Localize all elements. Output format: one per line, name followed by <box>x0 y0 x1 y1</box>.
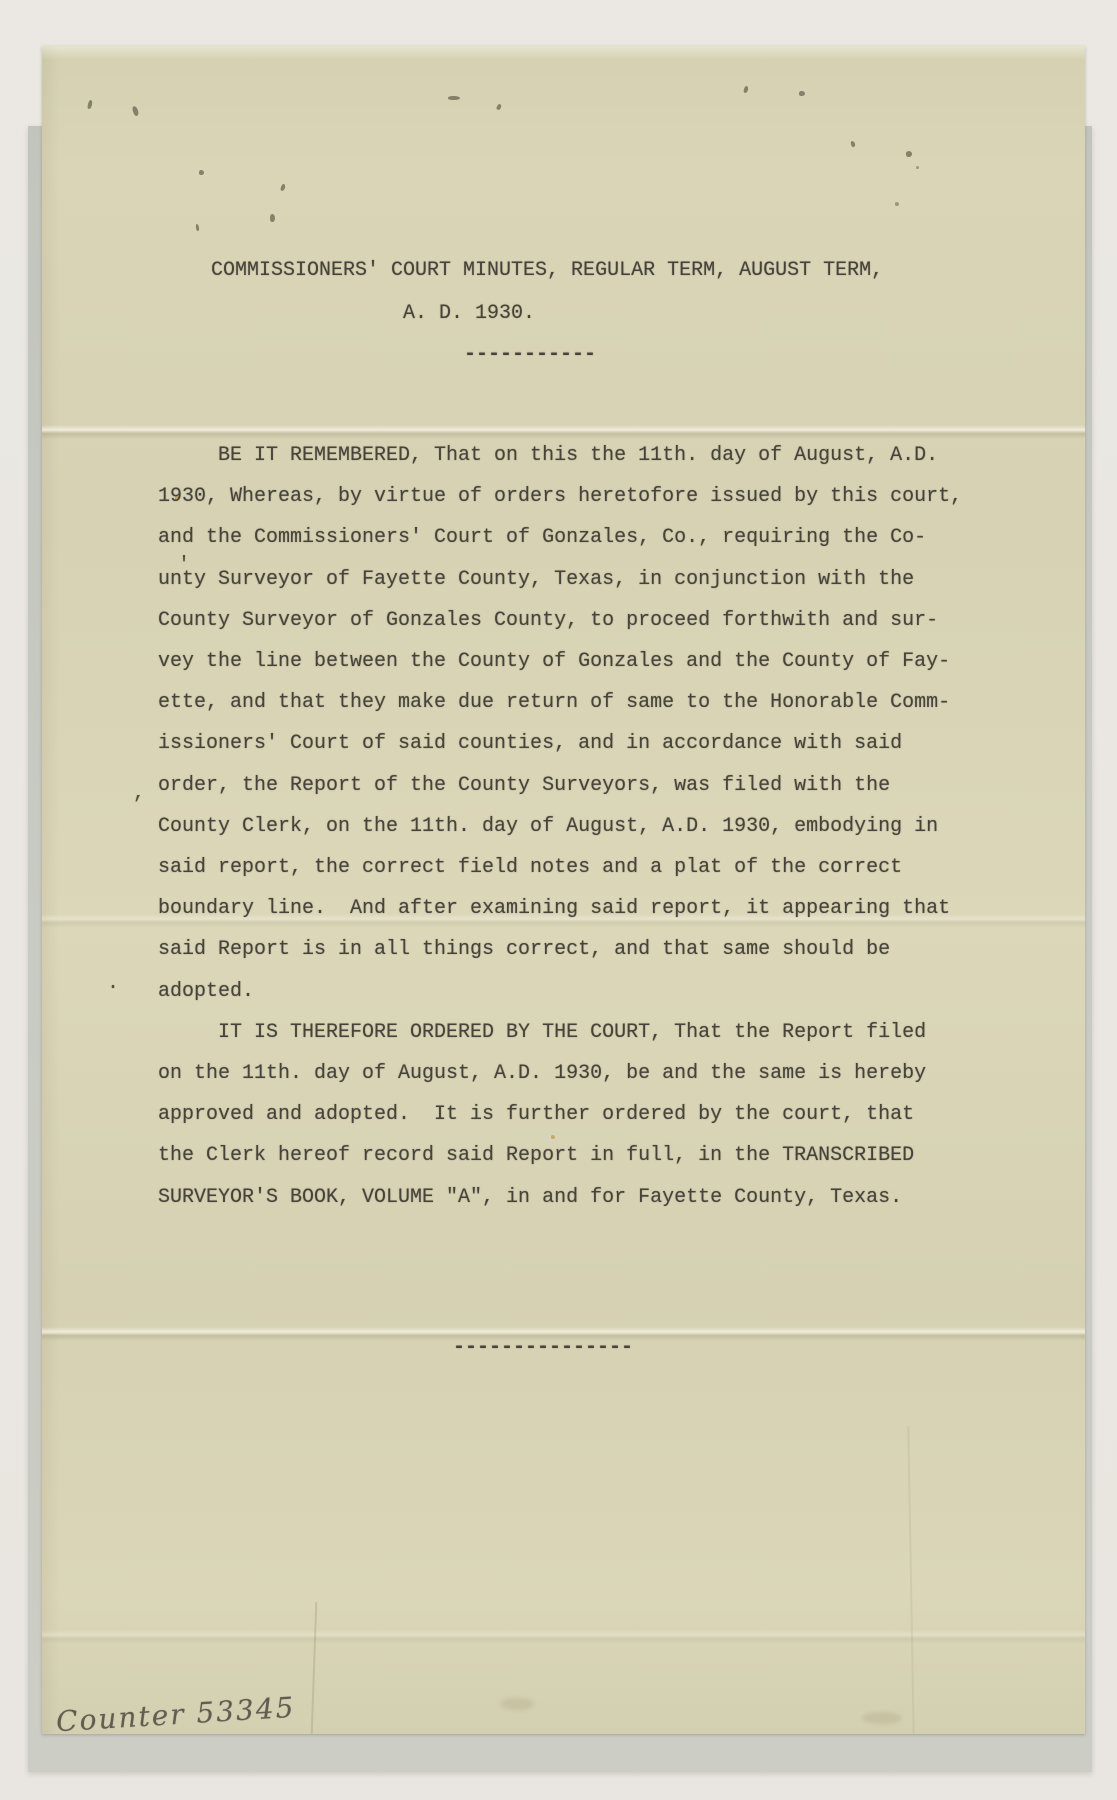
typed-line: County Surveyor of Gonzales County, to p… <box>158 600 962 641</box>
handwritten-counter-annotation: Counter 53345 <box>55 1691 296 1739</box>
typed-line: County Clerk, on the 11th. day of August… <box>158 806 962 847</box>
dashed-separator-top: ----------- <box>464 343 596 366</box>
paper-speck <box>270 214 275 222</box>
typed-line: approved and adopted. It is further orde… <box>158 1094 962 1135</box>
typed-line: vey the line between the County of Gonza… <box>158 641 962 682</box>
typed-line: 1930, Whereas, by virtue of orders heret… <box>158 476 962 517</box>
typed-line: issioners' Court of said counties, and i… <box>158 723 962 764</box>
paper-speck <box>906 151 912 157</box>
document-page: COMMISSIONERS' COURT MINUTES, REGULAR TE… <box>42 46 1085 1734</box>
paper-speck <box>195 224 199 231</box>
paper-speck <box>132 105 140 116</box>
paper-speck <box>916 166 919 169</box>
typed-line: ette, and that they make due return of s… <box>158 682 962 723</box>
typed-line: said Report is in all things correct, an… <box>158 929 962 970</box>
stray-apostrophe-mark: ' <box>178 554 190 577</box>
paper-speck <box>799 91 805 96</box>
document-title-line2: A. D. 1930. <box>403 302 535 325</box>
document-title-line1: COMMISSIONERS' COURT MINUTES, REGULAR TE… <box>211 259 883 282</box>
stray-period-mark: . <box>107 972 119 995</box>
typed-line: unty Surveyor of Fayette County, Texas, … <box>158 559 962 600</box>
typed-line: the Clerk hereof record said Report in f… <box>158 1135 962 1176</box>
paper-smudge <box>500 1698 534 1710</box>
paper-smudge <box>862 1712 902 1724</box>
paper-speck <box>895 202 899 206</box>
dashed-separator-bottom: --------------- <box>453 1336 633 1359</box>
paper-speck <box>743 86 749 94</box>
paper-scratch <box>311 1602 318 1734</box>
typed-line: adopted. <box>158 971 962 1012</box>
typed-line: boundary line. And after examining said … <box>158 888 962 929</box>
fold-crease <box>42 1630 1085 1644</box>
paper-speck <box>87 100 93 110</box>
stray-comma-mark: , <box>133 782 145 805</box>
paper-speck <box>850 140 856 147</box>
paper-speck <box>496 103 502 110</box>
typed-line: order, the Report of the County Surveyor… <box>158 765 962 806</box>
typed-line: on the 11th. day of August, A.D. 1930, b… <box>158 1053 962 1094</box>
typed-line: IT IS THEREFORE ORDERED BY THE COURT, Th… <box>158 1012 962 1053</box>
typed-body-block: BE IT REMEMBERED, That on this the 11th.… <box>158 435 962 1218</box>
typed-line: and the Commissioners' Court of Gonzales… <box>158 517 962 558</box>
scan-background: { "document": { "title_line_1": "COMMISS… <box>0 0 1117 1800</box>
typed-line: BE IT REMEMBERED, That on this the 11th.… <box>158 435 962 476</box>
typed-line: SURVEYOR'S BOOK, VOLUME "A", in and for … <box>158 1177 962 1218</box>
paper-scratch <box>907 1426 914 1734</box>
paper-speck <box>199 170 204 175</box>
paper-speck <box>448 96 460 100</box>
typed-line: said report, the correct field notes and… <box>158 847 962 888</box>
paper-speck <box>280 184 286 192</box>
